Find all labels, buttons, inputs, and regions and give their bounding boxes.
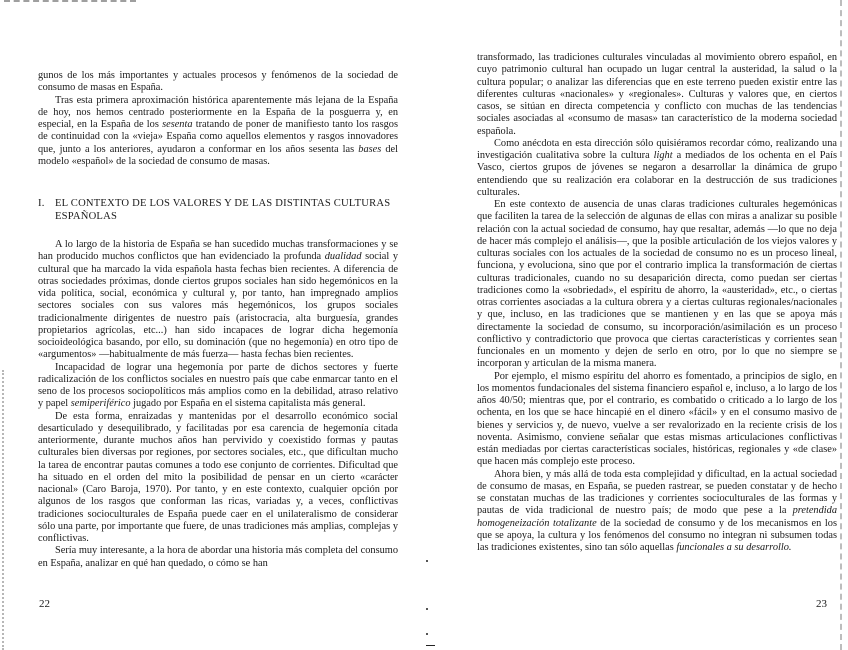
- paragraph: Tras esta primera aproximación histórica…: [38, 95, 398, 169]
- paragraph: Por ejemplo, el mismo espíritu del ahorr…: [477, 371, 837, 469]
- emphasis: bases: [358, 144, 381, 155]
- paragraph: En este contexto de ausencia de unas cla…: [477, 199, 837, 371]
- scan-right-edge-artifact: [840, 0, 844, 650]
- paragraph: transformado, las tradiciones culturales…: [477, 52, 837, 138]
- left-page: gunos de los más importantes y actuales …: [38, 70, 398, 570]
- scan-left-edge-artifact: [2, 370, 6, 650]
- paragraph-text: jugado por España en el sistema capitali…: [131, 398, 366, 409]
- paragraph: gunos de los más importantes y actuales …: [38, 70, 398, 95]
- section-number: I.: [38, 198, 55, 223]
- paragraph-text: social y cultural que ha marcado la vida…: [38, 251, 398, 360]
- paragraph-text: Por ejemplo, el mismo espíritu del ahorr…: [477, 371, 837, 468]
- emphasis: light: [654, 150, 673, 161]
- paragraph: A lo largo de la historia de España se h…: [38, 239, 398, 362]
- paragraph: Incapacidad de lograr una hegemonía por …: [38, 362, 398, 411]
- emphasis: dualidad: [325, 251, 362, 262]
- section-title: EL CONTEXTO DE LOS VALORES Y DE LAS DIST…: [55, 198, 398, 223]
- paragraph: De esta forma, enraizadas y mantenidas p…: [38, 411, 398, 546]
- paragraph-text: gunos de los más importantes y actuales …: [38, 70, 398, 93]
- paragraph: Sería muy interesante, a la hora de abor…: [38, 545, 398, 570]
- right-page: transformado, las tradiciones culturales…: [477, 52, 837, 554]
- paragraph-text: Sería muy interesante, a la hora de abor…: [38, 545, 398, 568]
- emphasis: sesenta: [162, 119, 192, 130]
- paragraph-text: En este contexto de ausencia de unas cla…: [477, 199, 837, 369]
- gutter-marks: [426, 560, 434, 650]
- paragraph-text: transformado, las tradiciones culturales…: [477, 52, 837, 137]
- page-number-left: 22: [39, 598, 50, 610]
- paragraph-text: Ahora bien, y más allá de toda esta comp…: [477, 469, 837, 517]
- paragraph: Como anécdota en esta dirección sólo qui…: [477, 138, 837, 199]
- paragraph: Ahora bien, y más allá de toda esta comp…: [477, 469, 837, 555]
- emphasis: funcionales a su desarrollo.: [676, 542, 791, 553]
- emphasis: semiperiférico: [71, 398, 131, 409]
- section-heading: I. EL CONTEXTO DE LOS VALORES Y DE LAS D…: [38, 198, 398, 223]
- scan-top-artifact: [4, 0, 136, 5]
- paragraph-text: De esta forma, enraizadas y mantenidas p…: [38, 411, 398, 545]
- page-number-right: 23: [816, 598, 827, 610]
